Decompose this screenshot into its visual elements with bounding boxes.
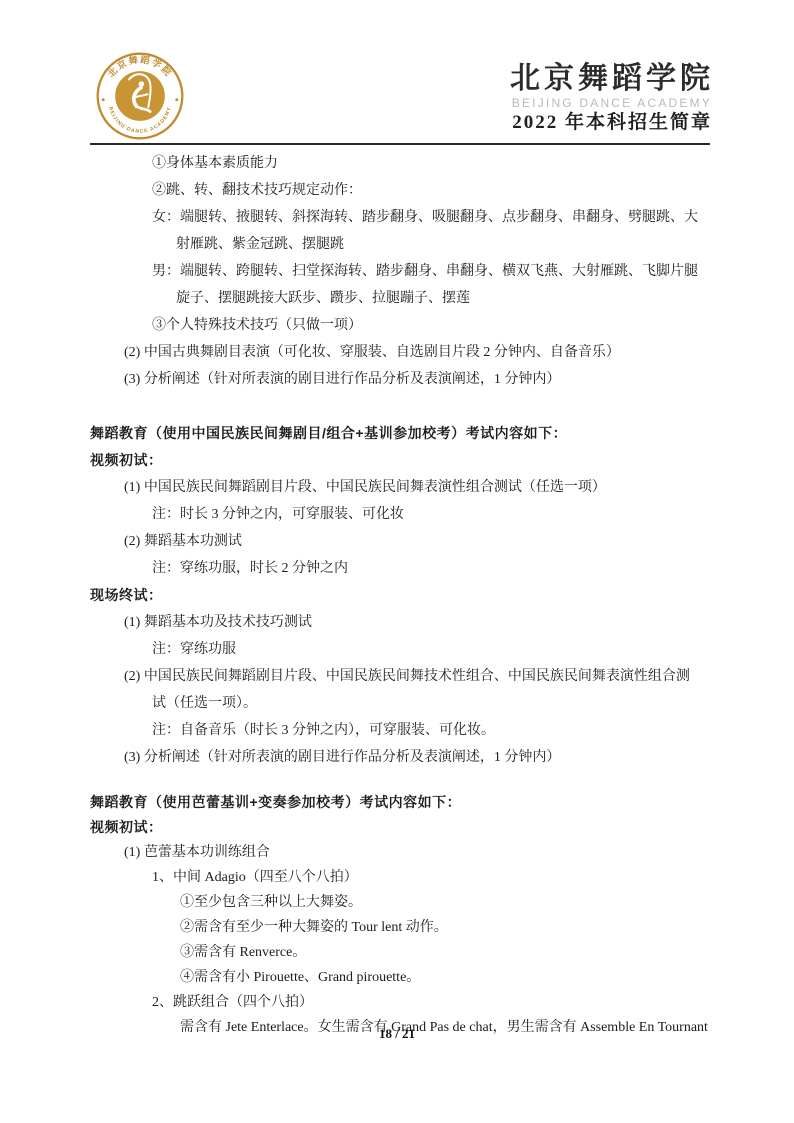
doc-line: 试（任选一项）。 [90,690,730,717]
section-heading: 舞蹈教育（使用芭蕾基训+变奏参加校考）考试内容如下： [90,790,730,815]
doc-line: 旋子、摆腿跳接大跃步、躜步、拉腿蹦子、摆莲 [90,285,730,312]
section-heading: 现场终试： [90,582,730,609]
document-page: 北京舞蹈学院 BEIJING DANCE ACADEMY 北京舞蹈学院 BEIJ… [0,0,794,1123]
doc-line: (1) 芭蕾基本功训练组合 [90,840,730,865]
doc-line: 注：穿练功服，时长 2 分钟之内 [90,555,730,582]
brand-cn-calligraphy: 北京舞蹈学院 [510,64,714,94]
doc-line: (2) 中国古典舞剧目表演（可化妆、穿服装、自选剧目片段 2 分钟内、自备音乐） [90,339,730,366]
section-heading: 舞蹈教育（使用中国民族民间舞剧目/组合+基训参加校考）考试内容如下： [90,420,730,447]
brand-year-line: 2022 年本科招生简章 [510,113,712,132]
doc-line: 男：端腿转、跨腿转、扫堂探海转、踏步翻身、串翻身、横双飞燕、大射雁跳、飞脚片腿 [90,258,730,285]
doc-line: ④需含有小 Pirouette、Grand pirouette。 [90,965,730,990]
section-heading: 视频初试： [90,815,730,840]
doc-line: (3) 分析阐述（针对所表演的剧目进行作品分析及表演阐述，1 分钟内） [90,744,730,771]
doc-line: 注：自备音乐（时长 3 分钟之内），可穿服装、可化妆。 [90,717,730,744]
brand-block: 北京舞蹈学院 BEIJING DANCE ACADEMY 2022 年本科招生简… [510,64,710,132]
section-dance-education-folk: 舞蹈教育（使用中国民族民间舞剧目/组合+基训参加校考）考试内容如下：视频初试：(… [90,420,730,771]
seal-graphic: 北京舞蹈学院 BEIJING DANCE ACADEMY [94,50,186,142]
section-dance-education-ballet: 舞蹈教育（使用芭蕾基训+变奏参加校考）考试内容如下：视频初试：(1) 芭蕾基本功… [90,790,730,1040]
doc-line: (3) 分析阐述（针对所表演的剧目进行作品分析及表演阐述，1 分钟内） [90,366,730,393]
doc-line: 注：穿练功服 [90,636,730,663]
doc-line: 女：端腿转、掖腿转、斜探海转、踏步翻身、吸腿翻身、点步翻身、串翻身、劈腿跳、大 [90,204,730,231]
brand-en-name: BEIJING DANCE ACADEMY [510,97,712,109]
header-divider [90,143,710,145]
section-classical-dance-cont: ①身体基本素质能力②跳、转、翻技术技巧规定动作：女：端腿转、掖腿转、斜探海转、踏… [90,150,730,393]
doc-line: ①至少包含三种以上大舞姿。 [90,890,730,915]
doc-line: 注：时长 3 分钟之内，可穿服装、可化妆 [90,501,730,528]
doc-line: ③个人特殊技术技巧（只做一项） [90,312,730,339]
doc-line: (2) 舞蹈基本功测试 [90,528,730,555]
doc-line: 2、跳跃组合（四个八拍） [90,990,730,1015]
page-number: 18 / 21 [0,1026,794,1042]
doc-line: (1) 舞蹈基本功及技术技巧测试 [90,609,730,636]
section-heading: 视频初试： [90,447,730,474]
doc-line: 1、中间 Adagio（四至八个八拍） [90,865,730,890]
doc-line: ②跳、转、翻技术技巧规定动作： [90,177,730,204]
doc-line: ③需含有 Renverce。 [90,940,730,965]
doc-line: 射雁跳、紫金冠跳、摆腿跳 [90,231,730,258]
doc-line: ①身体基本素质能力 [90,150,730,177]
doc-line: (1) 中国民族民间舞蹈剧目片段、中国民族民间舞表演性组合测试（任选一项） [90,474,730,501]
doc-line: ②需含有至少一种大舞姿的 Tour lent 动作。 [90,915,730,940]
doc-line: (2) 中国民族民间舞蹈剧目片段、中国民族民间舞技术性组合、中国民族民间舞表演性… [90,663,730,690]
academy-seal-logo: 北京舞蹈学院 BEIJING DANCE ACADEMY [94,50,186,142]
